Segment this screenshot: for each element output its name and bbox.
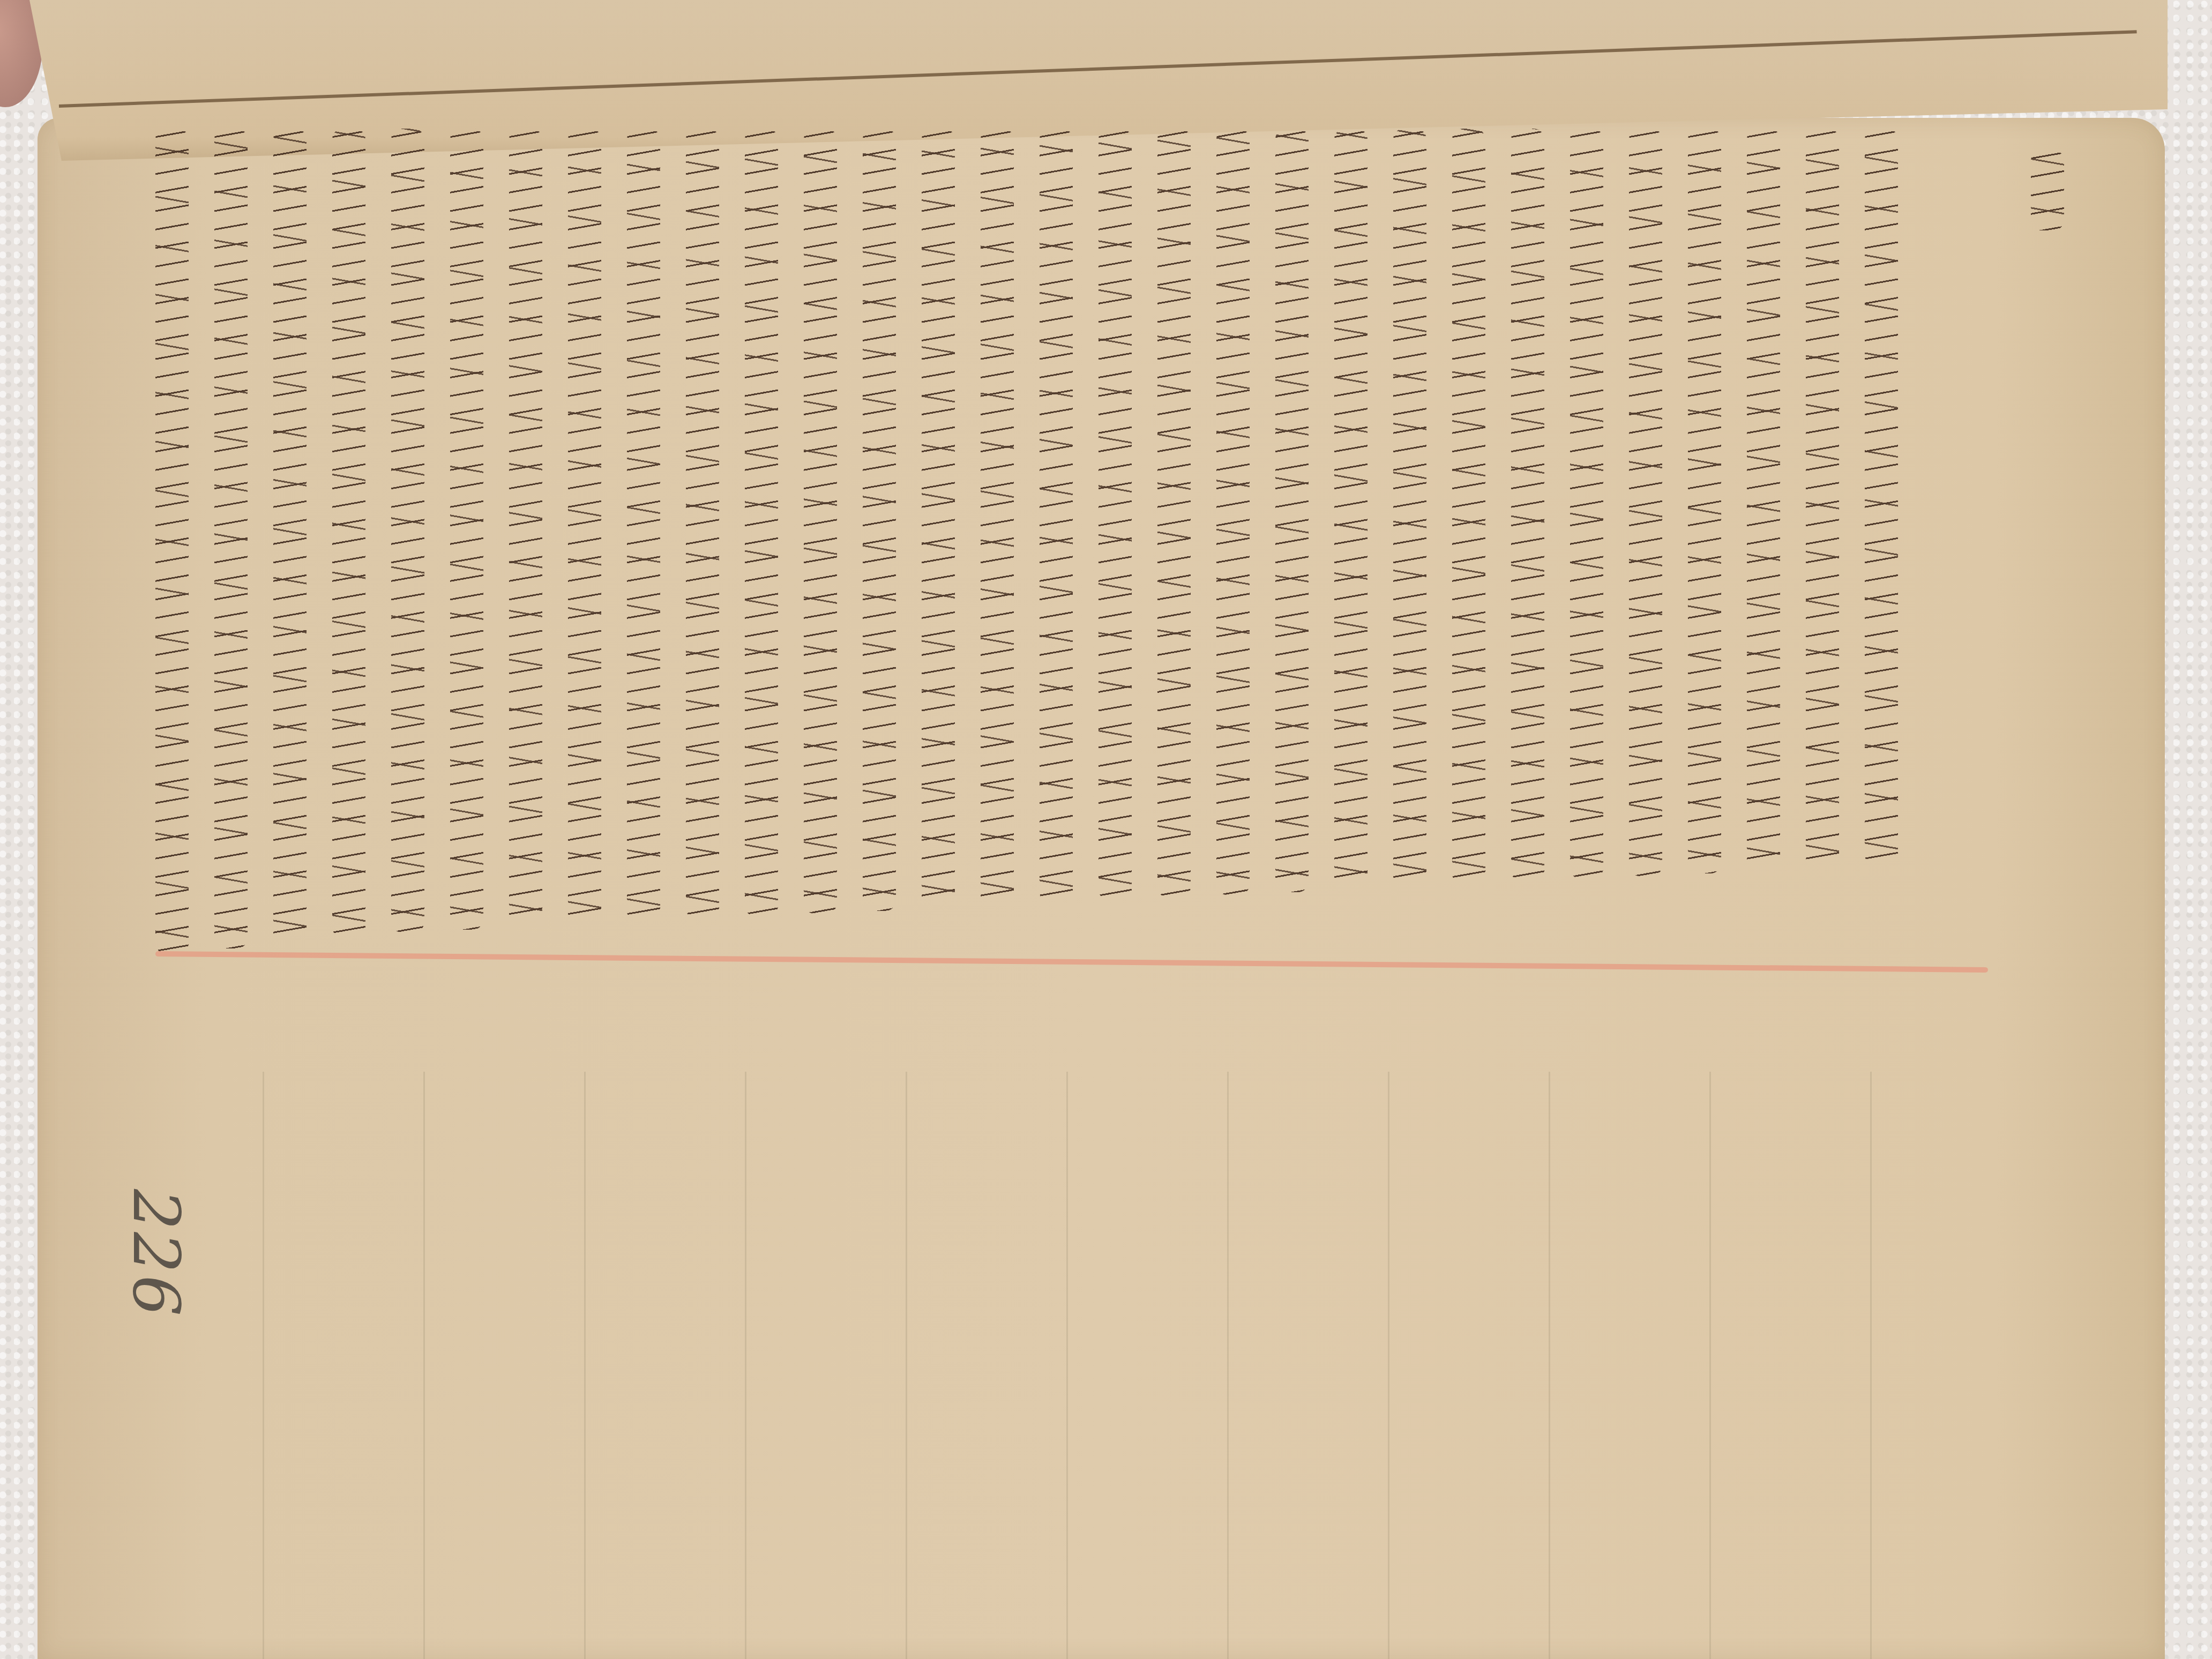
handwritten-line: [illegible handwritten line] bbox=[1511, 129, 1544, 881]
handwritten-line: [illegible handwritten line] bbox=[1098, 129, 1132, 900]
handwritten-line: [illegible handwritten line] bbox=[1629, 129, 1662, 876]
handwritten-line: [illegible handwritten line] bbox=[568, 129, 601, 924]
handwritten-line: [illegible handwritten line] bbox=[1688, 129, 1721, 873]
handwritten-line: [illegible handwritten line] bbox=[214, 129, 248, 948]
ruled-line bbox=[1870, 1072, 1872, 1659]
handwritten-line: [illegible handwritten line] bbox=[863, 129, 896, 911]
handwritten-line: [illegible handwritten line] bbox=[273, 129, 307, 943]
handwritten-line: [illegible handwritten line] bbox=[450, 129, 483, 930]
ruled-line bbox=[1227, 1072, 1229, 1659]
ruled-line bbox=[1388, 1072, 1389, 1659]
ruled-line bbox=[745, 1072, 746, 1659]
handwritten-line: [illegible handwritten line] bbox=[981, 129, 1014, 906]
handwritten-line: [illegible handwritten line] bbox=[1806, 129, 1839, 868]
handwritten-line: [illegible handwritten line] bbox=[1275, 129, 1309, 892]
ruled-line bbox=[1549, 1072, 1550, 1659]
handwritten-line: [illegible handwritten line] bbox=[922, 129, 955, 908]
handwritten-line: [illegible handwritten line] bbox=[1216, 129, 1250, 895]
handwritten-line: [illegible handwritten line] bbox=[332, 129, 365, 938]
handwritten-line: [illegible handwritten line] bbox=[1040, 129, 1073, 903]
handwritten-text-block: [illegible handwritten line] [illegible … bbox=[155, 129, 2031, 954]
handwritten-line: [illegible handwritten line] bbox=[509, 129, 542, 927]
handwritten-line: [illegible handwritten line] bbox=[1334, 129, 1367, 890]
ruled-line bbox=[1709, 1072, 1711, 1659]
handwritten-line: [illegible handwritten line] bbox=[1393, 129, 1426, 887]
ruled-line bbox=[423, 1072, 425, 1659]
handwritten-line: [illegible handwritten line] bbox=[686, 129, 719, 919]
handwritten-line: [illegible handwritten line] bbox=[1570, 129, 1603, 879]
handwritten-line: [illegible handwritten line] bbox=[804, 129, 837, 914]
handwritten-line: [illegible handwritten line] bbox=[391, 129, 424, 932]
handwritten-line-short: [illegible handwritten word] bbox=[2031, 150, 2064, 230]
ruled-line bbox=[906, 1072, 907, 1659]
ruled-line bbox=[584, 1072, 586, 1659]
ruled-line bbox=[1066, 1072, 1068, 1659]
handwritten-line: [illegible handwritten line] bbox=[1157, 129, 1191, 898]
handwritten-line: [illegible handwritten line] bbox=[1747, 129, 1780, 871]
page-number: 226 bbox=[118, 1189, 193, 1318]
handwritten-line: [illegible handwritten line] bbox=[155, 129, 189, 954]
ruled-line bbox=[263, 1072, 264, 1659]
handwritten-line: [illegible handwritten line] bbox=[627, 129, 660, 922]
handwritten-line: [illegible handwritten line] bbox=[1865, 129, 1898, 865]
handwritten-line: [illegible handwritten line] bbox=[745, 129, 778, 916]
handwritten-line: [illegible handwritten line] bbox=[1452, 129, 1485, 884]
